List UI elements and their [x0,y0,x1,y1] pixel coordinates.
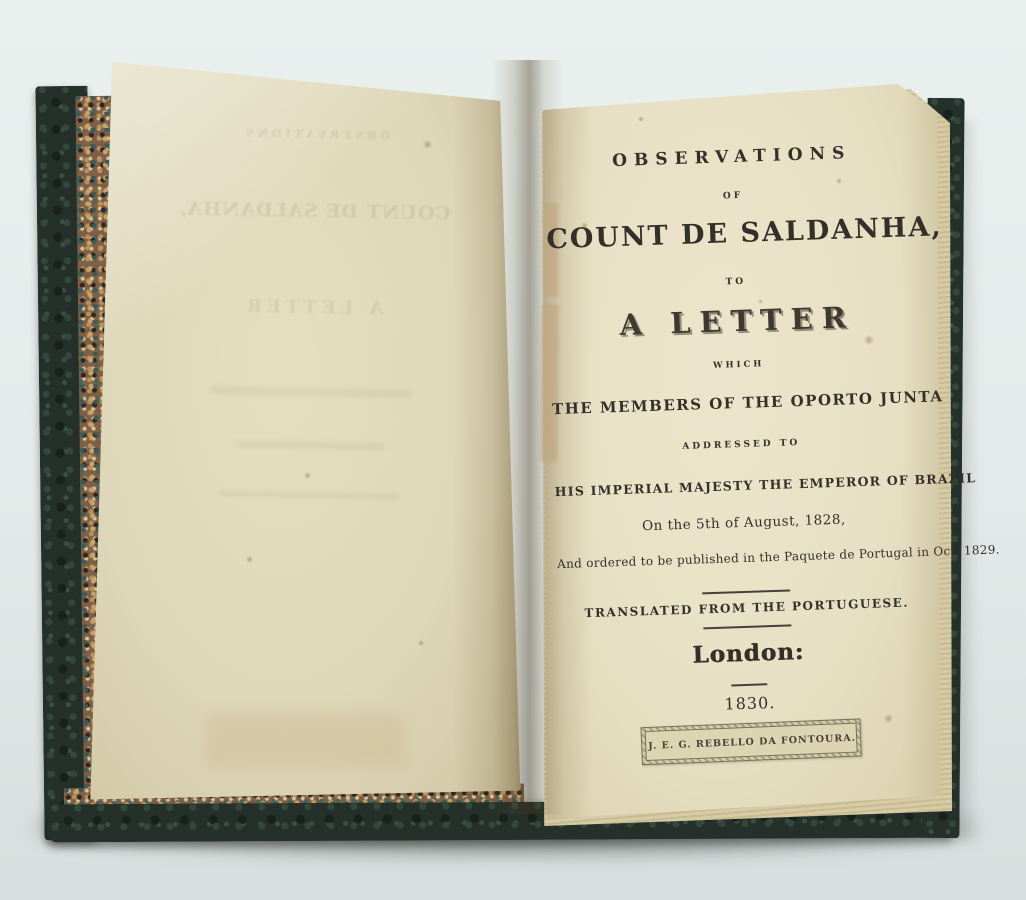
ownership-stamp-text: J. E. G. REBELLO DA FONTOURA. [645,723,858,761]
showthrough-count-de-saldanha: COUNT DE SALDANHA, [124,196,504,225]
foxing-spot [836,178,842,184]
foxing-spot [638,116,644,122]
foxing-spot [884,714,893,723]
title-line-translated: TRANSLATED FROM THE PORTUGUESE. [559,595,935,621]
foxing-spot [423,140,432,149]
title-line-count-de-saldanha: COUNT DE SALDANHA, [546,212,923,255]
title-line-emperor-of-brazil: HIS IMPERIAL MAJESTY THE EMPEROR OF BRAZ… [555,472,931,499]
showthrough-smudge [219,490,399,499]
divider-rule [702,589,790,593]
foxing-spot [581,222,588,229]
title-line-date-1828: On the 5th of August, 1828, [556,509,932,537]
ownership-stamp: J. E. G. REBELLO DA FONTOURA. [640,718,861,765]
foxing-spot [304,472,311,479]
photo-of-open-antique-book: OBSERVATIONS COUNT DE SALDANHA, A LETTER… [0,0,1026,900]
title-line-paquete-de-portugal: And ordered to be published in the Paque… [557,545,933,571]
title-line-which: WHICH [551,354,927,376]
showthrough-a-letter: A LETTER [123,293,503,321]
imprint-city: London: [560,634,937,673]
foxing-spot [758,299,763,304]
imprint-year: 1830. [562,688,938,719]
title-line-observations: OBSERVATIONS [544,141,920,173]
stamp-offset-stain [205,712,405,768]
foxing-spot [418,640,424,646]
title-page-text-block: OBSERVATIONS OF COUNT DE SALDANHA, TO A … [539,0,945,900]
showthrough-observations: OBSERVATIONS [126,124,506,144]
title-line-oporto-junta: THE MEMBERS OF THE OPORTO JUNTA [552,388,928,418]
divider-rule [703,624,791,628]
showthrough-smudge [235,441,385,451]
divider-rule [731,683,767,686]
foxing-spot [864,335,874,345]
showthrough-smudge [211,386,411,398]
title-line-of: OF [545,185,921,207]
foxing-spot [246,556,253,563]
title-line-to: TO [548,271,924,293]
title-line-addressed-to: ADDRESSED TO [553,434,929,456]
